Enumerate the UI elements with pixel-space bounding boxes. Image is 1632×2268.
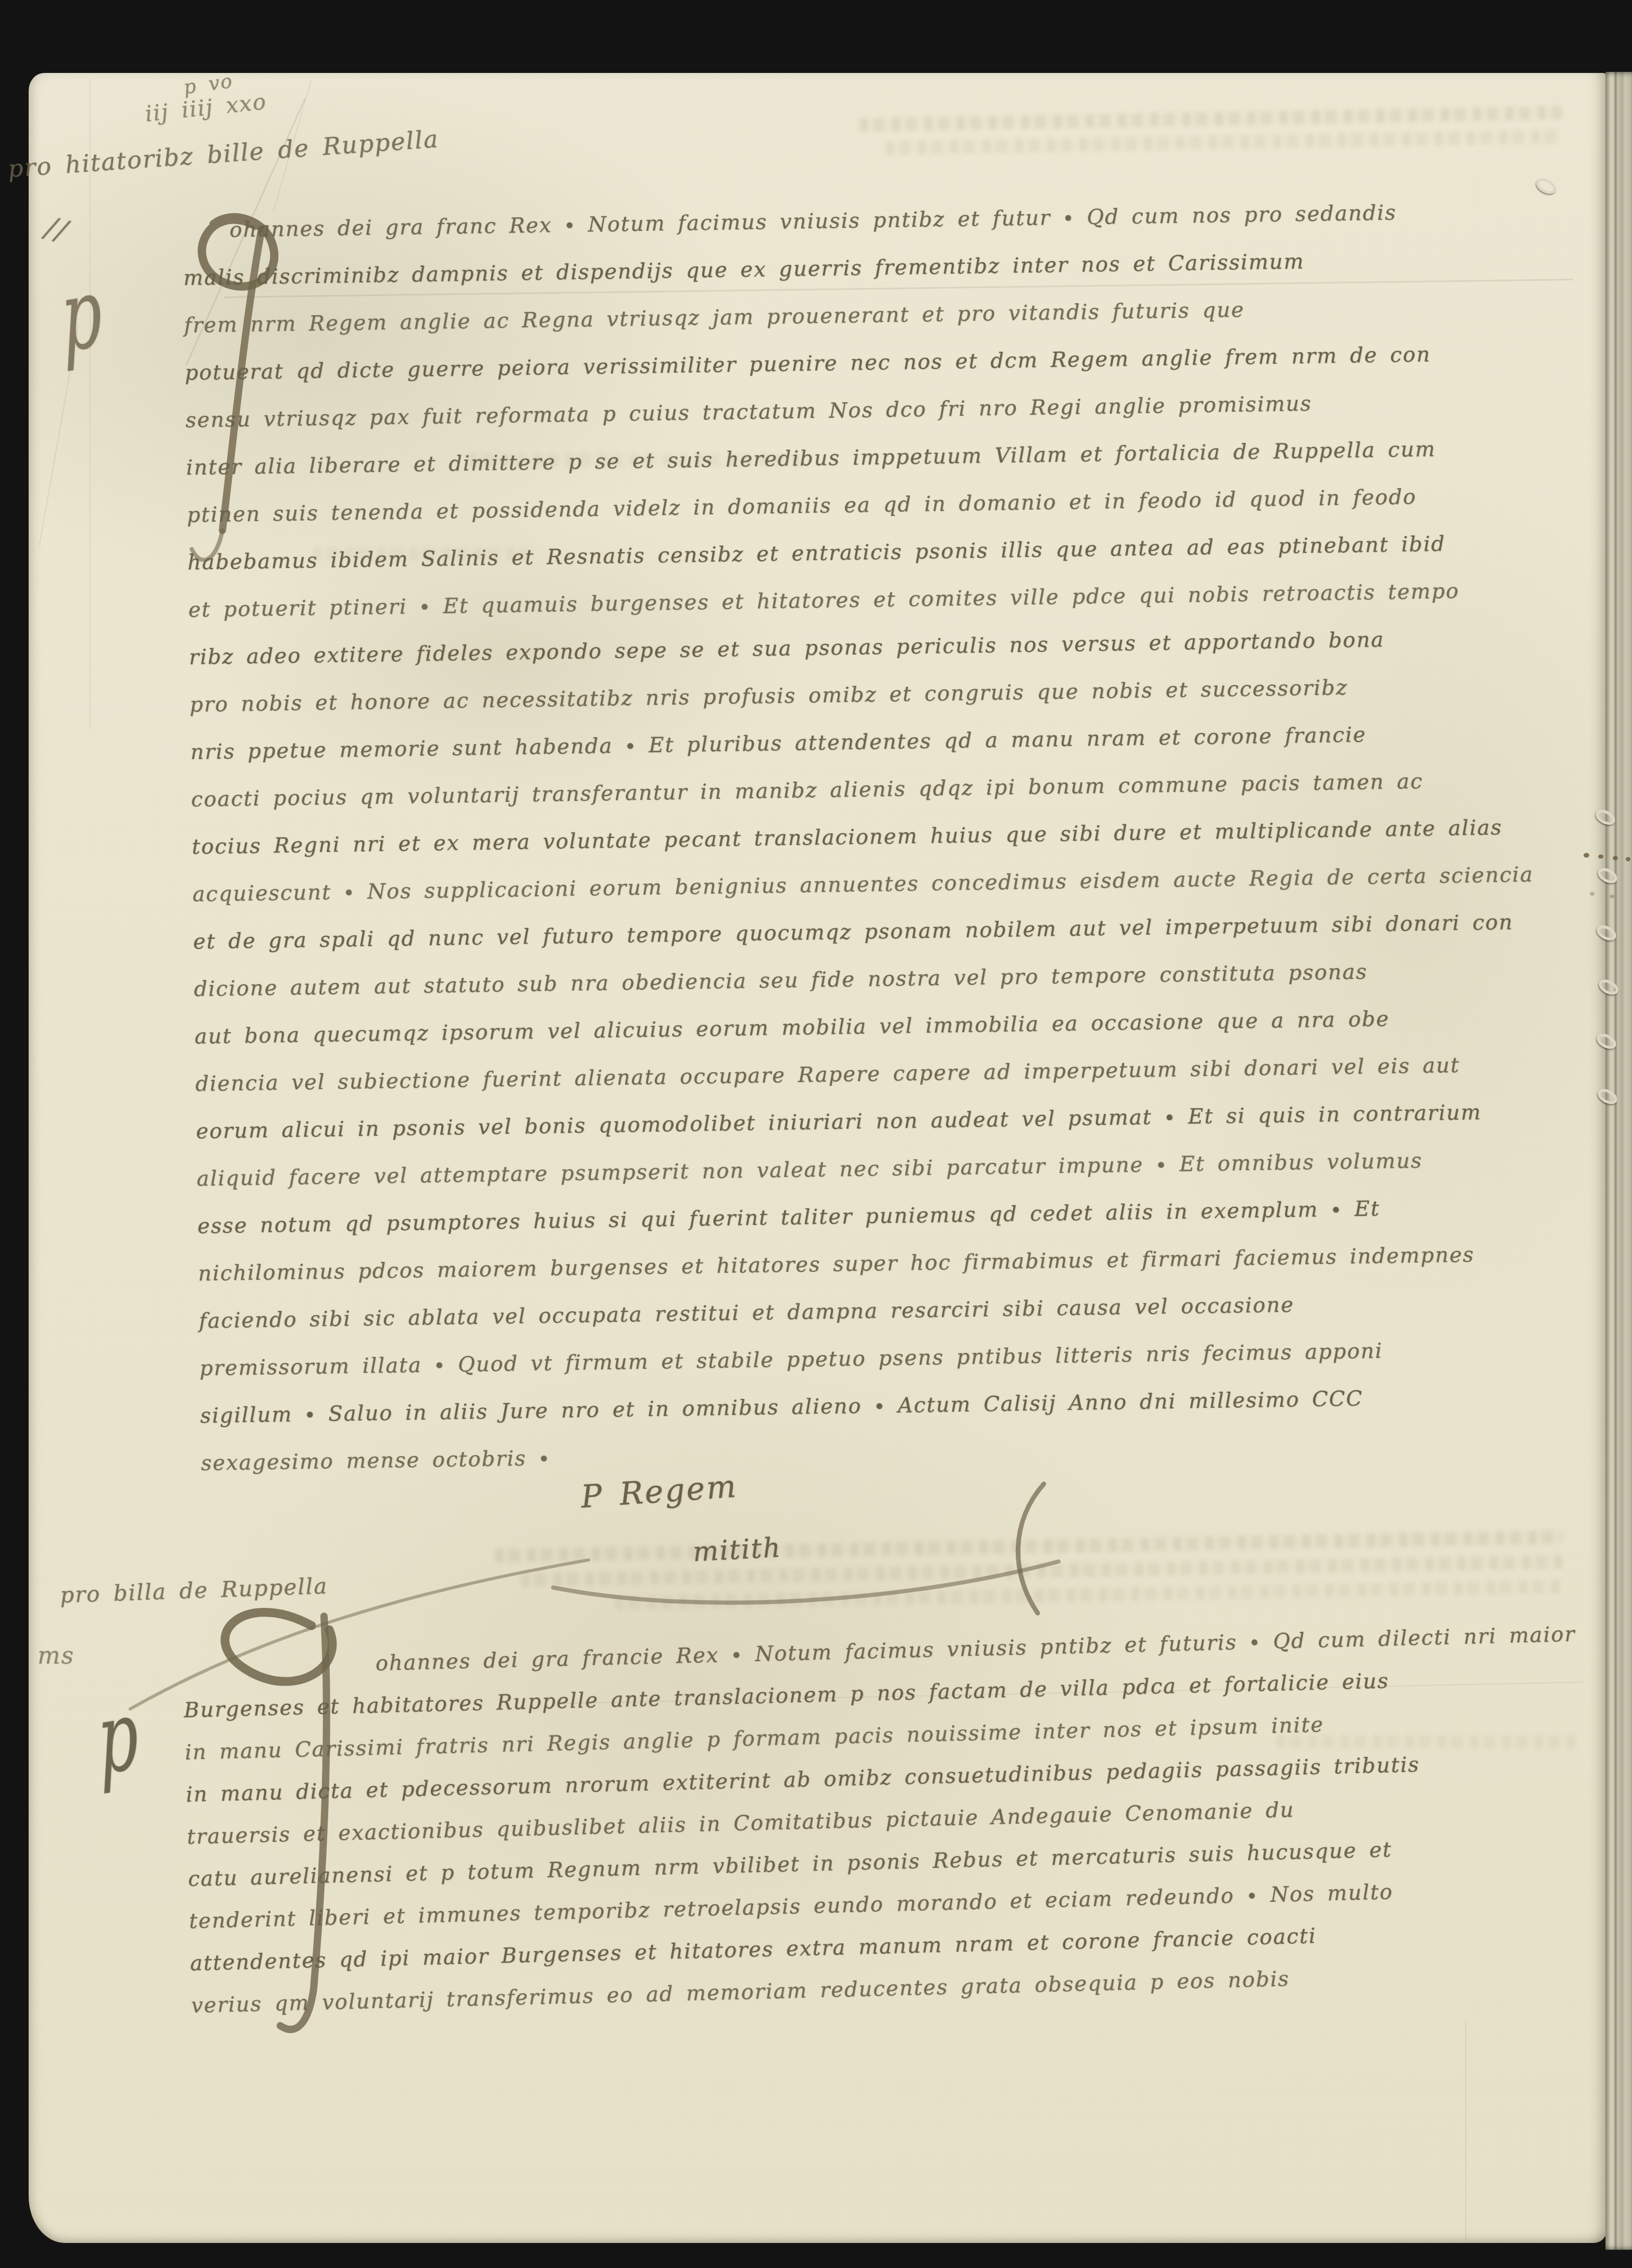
margin-mark-ms: ms [38,1641,74,1669]
manuscript-scan: { "page": { "scan_background_color": "#1… [0,0,1632,2268]
paragraph-mark-icon: p [95,1687,142,1790]
ink-dot [1590,892,1594,896]
ink-dot [1610,895,1614,898]
ink-dot [1626,857,1630,861]
subscription-clerk-name: mitith [692,1532,782,1568]
binding-gutter [1605,72,1632,2250]
charter1-text-block: ohannes dei gra franc Rex ∙ Notum facimu… [182,188,1542,1488]
paragraph-mark-icon: p [58,264,106,367]
charter2-text-block: ohannes dei gra francie Rex ∙ Notum faci… [182,1614,1584,2027]
ink-dot [1613,856,1618,860]
ink-dot [1598,854,1603,859]
ink-dot [1584,853,1589,858]
